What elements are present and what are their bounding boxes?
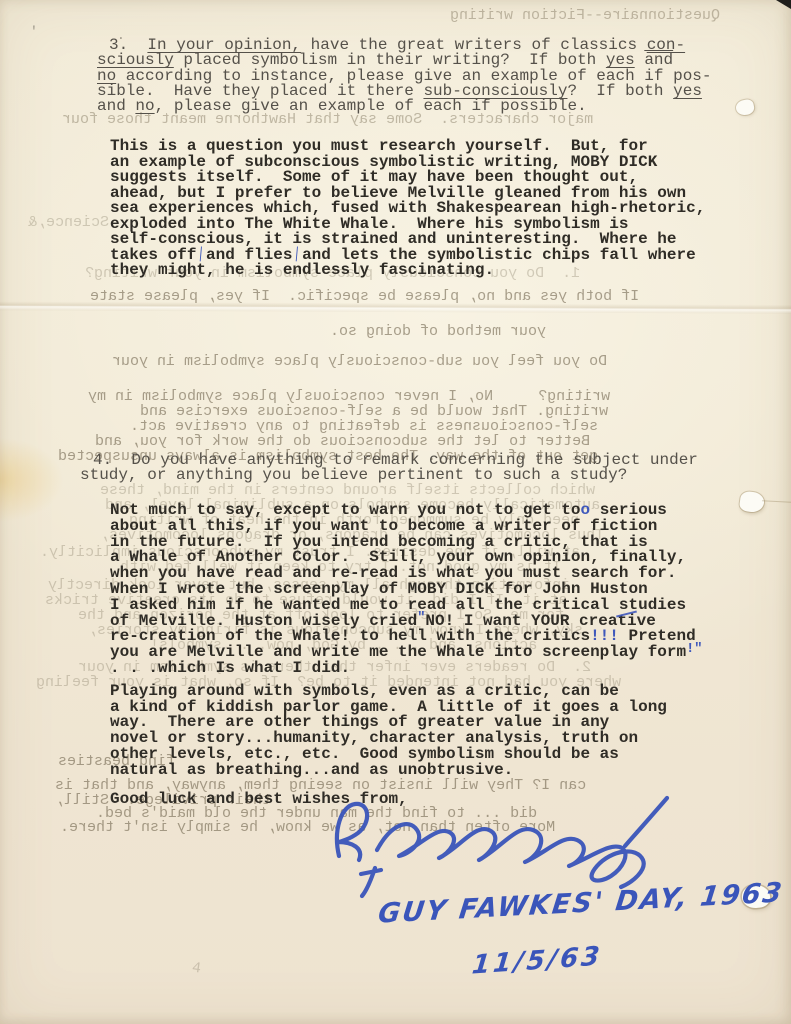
bottom-smudge: 4 — [191, 959, 202, 977]
pencil-dot: . — [117, 28, 125, 43]
pencil-mark: ' — [30, 24, 38, 39]
scan-corner-shadow — [776, 0, 791, 9]
punch-hole-middle — [739, 490, 766, 513]
punch-hole-top — [735, 98, 756, 116]
punch-hole-tear — [762, 500, 791, 503]
letter-page: Questionnaire--Fiction writingmajor char… — [0, 0, 791, 1024]
